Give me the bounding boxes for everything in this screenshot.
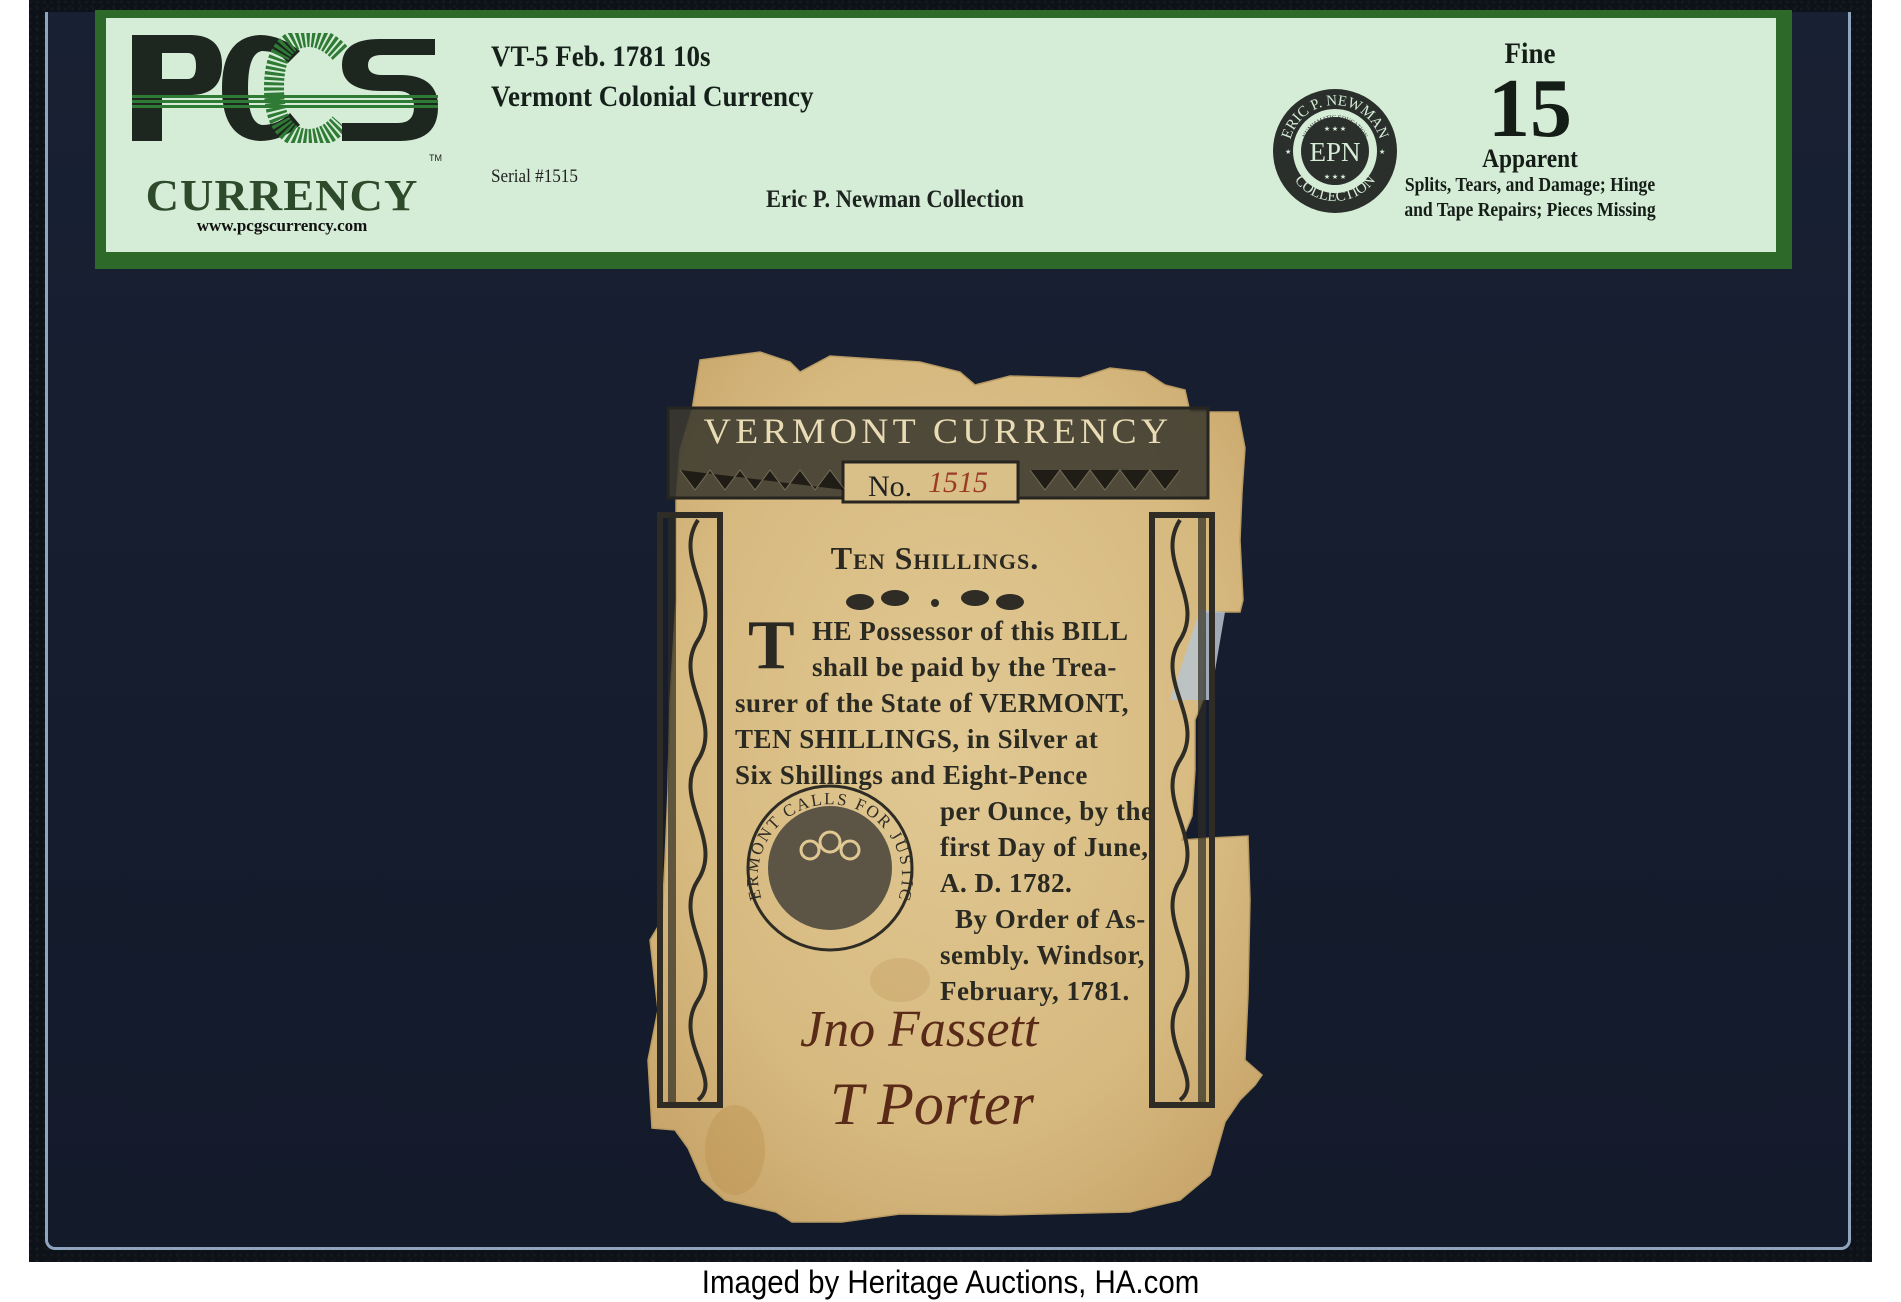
note-body-line: sembly. Windsor, bbox=[940, 940, 1145, 971]
image-credit-caption: Imaged by Heritage Auctions, HA.com bbox=[76, 1262, 1825, 1302]
pcgs-logo-icon bbox=[130, 33, 440, 143]
svg-text:★ ★ ★: ★ ★ ★ bbox=[1324, 125, 1346, 133]
note-body-line: first Day of June, bbox=[940, 832, 1148, 863]
svg-text:EPN: EPN bbox=[1309, 137, 1360, 167]
note-number-value: 1515 bbox=[928, 466, 988, 500]
website-url: www.pcgscurrency.com bbox=[126, 216, 438, 236]
svg-text:★ ★ ★: ★ ★ ★ bbox=[1324, 173, 1346, 181]
serial-number: Serial #1515 bbox=[491, 166, 578, 188]
note-denomination: Ten Shillings. bbox=[770, 540, 1100, 577]
pedigree-collection: Eric P. Newman Collection bbox=[766, 186, 1024, 214]
catalog-title: VT-5 Feb. 1781 10s bbox=[491, 40, 711, 74]
currency-description: Vermont Colonial Currency bbox=[491, 80, 813, 114]
note-body-line: A. D. 1782. bbox=[940, 868, 1072, 899]
logo-wordmark: CURRENCY bbox=[118, 170, 446, 221]
grade-block: Fine 15 Apparent Splits, Tears, and Dama… bbox=[1360, 38, 1700, 222]
label-panel: TM CURRENCY www.pcgscurrency.com VT-5 Fe… bbox=[106, 18, 1776, 252]
note-body-line: TEN SHILLINGS, in Silver at bbox=[735, 724, 1098, 755]
grade-qualifier: Apparent bbox=[1377, 146, 1683, 172]
note-body-line: HE Possessor of this BILL bbox=[812, 616, 1129, 647]
note-number-label: No. bbox=[868, 470, 912, 504]
note-header: VERMONT CURRENCY bbox=[655, 410, 1222, 452]
grade-name: Fine bbox=[1377, 38, 1683, 70]
trademark-mark: TM bbox=[429, 153, 442, 163]
signature-porter: T Porter bbox=[830, 1070, 1034, 1139]
svg-text:★: ★ bbox=[1285, 148, 1291, 156]
note-body-line: Six Shillings and Eight-Pence bbox=[735, 760, 1088, 791]
grade-number: 15 bbox=[1360, 74, 1700, 144]
note-body-line: surer of the State of VERMONT, bbox=[735, 688, 1129, 719]
grade-comments-line1: Splits, Tears, and Damage; Hinge bbox=[1380, 174, 1679, 197]
note-body-line: By Order of As- bbox=[955, 904, 1146, 935]
note-body-line: shall be paid by the Trea- bbox=[812, 652, 1117, 683]
note-body-line: per Ounce, by the bbox=[940, 796, 1154, 827]
grading-label: TM CURRENCY www.pcgscurrency.com VT-5 Fe… bbox=[95, 10, 1792, 269]
grade-comments-line2: and Tape Repairs; Pieces Missing bbox=[1380, 199, 1679, 222]
signature-fassett: Jno Fassett bbox=[800, 1000, 1038, 1059]
